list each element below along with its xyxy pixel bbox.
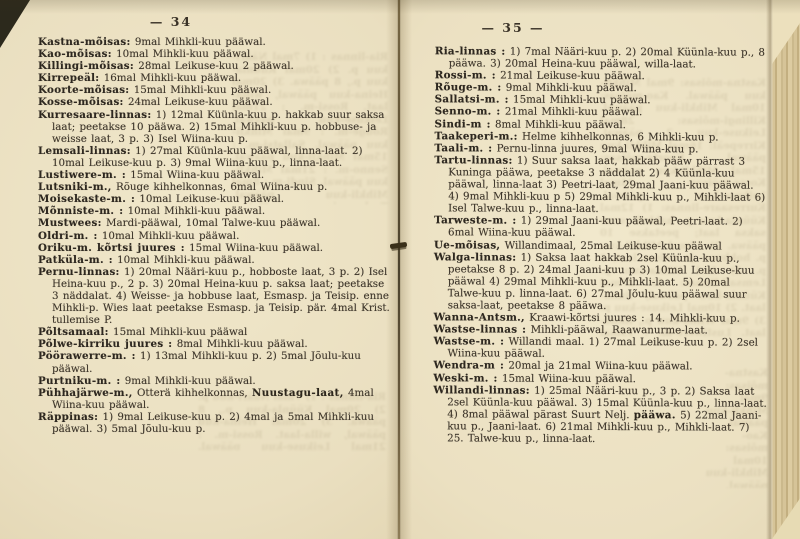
fair-entry: Pühhajärwe-m., Otterä kihhelkonnas, Nuus… [38,387,390,411]
entry-text: Willandimaal, 25mal Leikuse-kuu pääwal [505,239,722,252]
entry-text: 15mal Wiina-kuu pääwal. [502,372,636,385]
fair-entry: Oldri-m. : 10mal Mihkli-kuu pääwal. [38,230,390,242]
fair-entry: Põltsamaal: 15mal Mihkli-kuu pääwal [38,326,390,338]
entry-name: Kurresaare-linnas: [38,109,151,121]
fair-entry: Moisekaste-m. : 10mal Leikuse-kuu pääwal… [38,193,390,205]
entry-text: 8mal Mihkli-kuu pääwal. [177,338,308,350]
entry-text: 10mal Mihkli-kuu pääwal. [116,48,254,60]
entry-text: 9mal Mihkli-kuu pääwal. [125,375,256,387]
fair-entry: Killingi-mõisas: 28mal Leikuse-kuu 2 pää… [38,60,390,72]
entry-name: Rossi-m. : [435,69,496,81]
entry-name: Sallatsi-m. : [435,94,509,106]
entry-name: Walga-linnas: [434,251,516,263]
entry-name: Pöörawerre-m. : [38,350,136,362]
entry-name: Wendra-m : [433,360,504,372]
page-fore-edge [772,0,800,539]
entry-name: Põltsamaal: [38,326,109,338]
entry-name: Mõnniste-m. : [38,205,123,217]
fair-entry: Walga-linnas: 1) Saksa laat hakkab 2sel … [434,251,768,313]
entry-name: Kosse-mõisas: [38,96,124,108]
entry-name: Killingi-mõisas: [38,60,134,72]
fair-entry: Lustiwere-m. : 15mal Wiina-kuu pääwal. [38,169,390,181]
entry-name: Moisekaste-m. : [38,193,135,205]
entry-name: Patküla-m. : [38,254,113,266]
entry-text: 1) 9mal Leikuse-kuu p. 2) 4mal ja 5mal M… [52,411,374,435]
fair-entry: Mustwees: Mardi-pääwal, 10mal Talwe-kuu … [38,217,390,229]
fair-list-right: Ria-linnas : 1) 7mal Nääri-kuu p. 2) 20m… [433,45,769,446]
entry-name: Taali-m. : [434,142,492,154]
entry-name: Oriku-m. kõrtsi juures : [38,242,185,254]
entry-name: Lustiwere-m. : [38,169,126,181]
fair-entry: Lemsali-linnas: 1) 27mal Küünla-kuu pääw… [38,145,390,169]
entry-name: Lemsali-linnas: [38,145,131,157]
fair-entry: Pöörawerre-m. : 1) 13mal Mihkli-kuu p. 2… [38,350,390,374]
entry-name: Purtniku-m. : [38,375,120,387]
page-number-left: — 34 [0,14,370,29]
fair-entry: Tarweste-m. : 1) 29mal Jaani-kuu pääwal,… [434,215,768,241]
entry-text: 8mal Mihkli-kuu pääwal. [495,118,626,131]
fair-entry: Purtniku-m. : 9mal Mihkli-kuu pääwal. [38,375,390,387]
fair-entry: Wastse-m. : Willandi maal. 1) 27mal Leik… [434,336,768,362]
entry-text: 15mal Mihkli-kuu pääwal. [134,84,272,96]
book-page-left: — 34 Kastna-mõisas: 9mal Mihkli-kuu pääw… [0,0,398,539]
entry-text: 15mal Wiina-kuu pääwal. [130,169,264,181]
entry-text: Mihkli-pääwal, Raawanurme-laat. [531,324,708,337]
entry-text: Pernu-linna juures, 9mal Wiina-kuu p. [497,142,699,155]
fair-entry: Patküla-m. : 10mal Mihkli-kuu pääwal. [38,254,390,266]
entry-text: 15mal Mihkli-kuu pääwal [113,326,247,338]
entry-name: Pühhajärwe-m., [38,387,133,399]
entry-name: Tarweste-m. : [434,215,516,227]
fair-entry: Kastna-mõisas: 9mal Mihkli-kuu pääwal. [38,36,390,48]
entry-text: 9mal Mihkli-kuu pääwal. [506,82,637,95]
entry-name: Wastse-linnas : [434,323,527,335]
fair-entry: Kosse-mõisas: 24mal Leikuse-kuu pääwal. [38,96,390,108]
fair-entry: Koorte-mõisas: 15mal Mihkli-kuu pääwal. [38,84,390,96]
book-page-right: — 35 — Ria-linnas : 1) 7mal Nääri-kuu p.… [398,0,772,539]
entry-name: Ria-linnas : [435,45,506,57]
entry-text: 21mal Leikuse-kuu pääwal. [500,70,645,83]
entry-text: 10mal Mihkli-kuu pääwal. [117,254,255,266]
book-photo: — 34 Kastna-mõisas: 9mal Mihkli-kuu pääw… [0,0,800,539]
entry-name: Koorte-mõisas: [38,84,129,96]
entry-text: 15mal Wiina-kuu pääwal. [189,242,323,254]
entry-name: Pernu-linnas: [38,266,120,278]
fair-entry: Oriku-m. kõrtsi juures : 15mal Wiina-kuu… [38,242,390,254]
fair-entry: Kirrepeäl: 16mal Mihkli-kuu pääwal. [38,72,390,84]
entry-text: 9mal Mihkli-kuu pääwal. [135,36,266,48]
fair-entry: Willandi-linnas: 1) 25mal Nääri-kuu p., … [433,384,767,446]
fair-entry: Kurresaare-linnas: 1) 12mal Küünla-kuu p… [38,109,390,145]
entry-text: Rõuge kihhelkonnas, 6mal Wiina-kuu p. [116,181,327,193]
entry-name: Taakeperi-m.: [434,130,517,142]
entry-name: Oldri-m. : [38,230,98,242]
entry-name: Wastse-m. : [434,336,505,348]
entry-name: Kao-mõisas: [38,48,112,60]
fair-entry: Lutsniki-m., Rõuge kihhelkonnas, 6mal Wi… [38,181,390,193]
entry-text: 16mal Mihkli-kuu pääwal. [104,72,242,84]
entry-text: 10mal Mihkli-kuu pääwal. [128,205,266,217]
fair-entry: Tartu-linnas: 1) Suur saksa laat, hakkab… [434,154,768,216]
entry-text: 20mal ja 21mal Wiina-kuu pääwal. [508,360,692,373]
entry-name: Rõuge-m. : [435,82,502,94]
entry-name: Põlwe-kirriku juures : [38,338,172,350]
entry-name: Kastna-mõisas: [38,36,131,48]
entry-name: Wanna-Antsm., [434,311,525,323]
entry-text: 28mal Leikuse-kuu 2 pääwal. [138,60,294,72]
entry-text: 21mal Mihkli-kuu pääwal. [505,106,643,119]
page-edge-fold [766,0,773,539]
fair-entry: Mõnniste-m. : 10mal Mihkli-kuu pääwal. [38,205,390,217]
entry-text: Helme kihhelkonnas, 6 Mihkli-kuu p. [522,130,719,143]
entry-name: Räppinas: [38,411,98,423]
fair-entry: Põlwe-kirriku juures : 8mal Mihkli-kuu p… [38,338,390,350]
entry-text: 24mal Leikuse-kuu pääwal. [128,96,273,108]
entry-name: Kirrepeäl: [38,72,99,84]
entry-name: Willandi-linnas: [433,384,530,396]
entry-name: Ue-mõisas, [434,239,500,251]
entry-name: Tartu-linnas: [434,154,512,166]
fair-entry: Kao-mõisas: 10mal Mihkli-kuu pääwal. [38,48,390,60]
entry-name: Weski-m. : [433,372,497,384]
entry-name: Mustwees: [38,217,102,229]
fair-entry: Ria-linnas : 1) 7mal Nääri-kuu p. 2) 20m… [435,45,769,71]
entry-text: 10mal Leikuse-kuu pääwal. [139,193,284,205]
page-number-right: — 35 — [326,20,700,35]
fair-entry: Räppinas: 1) 9mal Leikuse-kuu p. 2) 4mal… [38,411,390,435]
entry-name: Senno-m. : [435,106,501,118]
entry-text: 15mal Mihkli-kuu pääwal. [513,94,651,107]
entry-name: Sindi-m : [435,118,491,130]
entry-text: Kraawi-kõrtsi juures : 14. Mihkli-kuu p. [529,312,740,325]
entry-text: 10mal Mihkli-kuu pääwal. [102,230,240,242]
fair-list-left: Kastna-mõisas: 9mal Mihkli-kuu pääwal.Ka… [38,36,390,435]
entry-name: Lutsniki-m., [38,181,112,193]
fair-entry: Pernu-linnas: 1) 20mal Nääri-kuu p., hob… [38,266,390,326]
entry-text: Mardi-pääwal, 10mal Talwe-kuu pääwal. [106,217,320,229]
book-gutter-line [398,0,400,539]
